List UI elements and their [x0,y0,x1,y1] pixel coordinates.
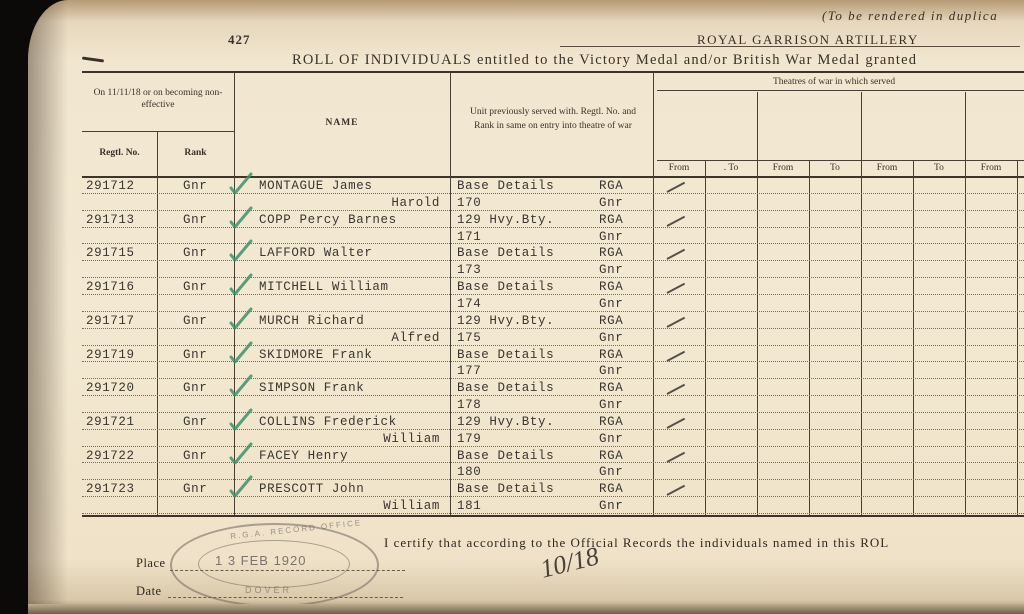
green-check-icon [228,340,250,364]
unit-description: 129 Hvy.Bty. [457,314,554,328]
unit-number: 177 [457,364,481,378]
dotted-rule [82,446,1024,447]
green-check-icon [228,373,250,397]
unit-description: Base Details [457,381,554,395]
unit-corps: RGA [599,314,623,328]
dotted-rule [82,513,1024,514]
dotted-rule [82,412,1024,413]
green-check-icon [228,407,250,431]
unit-number: 173 [457,263,481,277]
rank: Gnr [183,449,207,463]
dotted-rule [82,311,1024,312]
unit-number: 170 [457,196,481,210]
dotted-rule [82,260,1024,261]
duplicate-note: (To be rendered in duplica [822,8,998,24]
header-bottom-rule [82,176,1024,178]
dotted-rule [82,378,1024,379]
unit-rank: Gnr [599,465,623,479]
unit-number: 181 [457,499,481,513]
corps-underline [560,46,1020,47]
name-line1: PRESCOTT John [259,482,364,496]
rank: Gnr [183,280,207,294]
unit-corps: RGA [599,246,623,260]
theatre-subcol-to: . To [705,163,757,175]
dotted-rule [82,328,1024,329]
unit-corps: RGA [599,280,623,294]
dotted-rule [82,294,1024,295]
header-status-group: On 11/11/18 or on becoming non-effective [82,88,234,112]
unit-description: 129 Hvy.Bty. [457,213,554,227]
dotted-rule [82,496,1024,497]
green-check-icon [228,272,250,296]
header-rank: Rank [157,148,234,160]
header-theatres: Theatres of war in which served [653,77,1024,89]
theatre-subcol-from: From [653,163,705,175]
name-line1: SIMPSON Frank [259,381,364,395]
theatre-subcol-from: From [965,163,1017,175]
theatre-column-rule [757,92,758,515]
unit-number: 180 [457,465,481,479]
page-bottom-edge [28,604,1024,614]
unit-rank: Gnr [599,432,623,446]
name-line2: William [383,432,440,446]
green-check-icon [228,306,250,330]
unit-rank: Gnr [599,196,623,210]
certification-text: I certify that according to the Official… [384,535,889,551]
theatre-subcol-from: From [757,163,809,175]
unit-rank: Gnr [599,364,623,378]
regtl-number: 291713 [86,213,135,227]
name-line1: LAFFORD Walter [259,246,372,260]
dotted-rule [82,345,1024,346]
unit-corps: RGA [599,381,623,395]
header-name: NAME [234,118,450,130]
unit-corps: RGA [599,415,623,429]
dotted-rule [82,395,1024,396]
dotted-rule [82,210,1024,211]
green-check-icon [228,205,250,229]
regtl-number: 291715 [86,246,135,260]
rank: Gnr [183,314,207,328]
name-line1: MURCH Richard [259,314,364,328]
regtl-number: 291721 [86,415,135,429]
unit-description: Base Details [457,348,554,362]
rank: Gnr [183,213,207,227]
dotted-rule [82,243,1024,244]
regtl-number: 291716 [86,280,135,294]
unit-corps: RGA [599,449,623,463]
unit-description: Base Details [457,482,554,496]
dotted-rule [82,227,1024,228]
status-group-divider [82,131,234,132]
place-label: Place [136,556,166,571]
name-line1: MONTAGUE James [259,179,372,193]
unit-rank: Gnr [599,398,623,412]
unit-number: 179 [457,432,481,446]
green-check-icon [228,171,250,195]
regtl-number: 291722 [86,449,135,463]
dotted-rule [82,193,1024,194]
name-line1: COLLINS Frederick [259,415,397,429]
unit-number: 174 [457,297,481,311]
roll-title: ROLL OF INDIVIDUALS entitled to the Vict… [292,52,917,69]
regtl-number: 291720 [86,381,135,395]
regtl-number: 291717 [86,314,135,328]
rank: Gnr [183,348,207,362]
unit-rank: Gnr [599,230,623,244]
green-check-icon [228,474,250,498]
stamp-text-bottom: DOVER [245,585,292,595]
theatre-column-rule [861,92,862,515]
unit-number: 178 [457,398,481,412]
regtl-number: 291723 [86,482,135,496]
unit-description: Base Details [457,280,554,294]
sheet-number: 427 [228,32,251,48]
unit-corps: RGA [599,348,623,362]
theatre-subcol-to: To [913,163,965,175]
rank: Gnr [183,381,207,395]
stamp-date: 1 3 FEB 1920 [215,553,307,568]
from-to-divider [657,160,1024,161]
theatre-subcol-to: To [809,163,861,175]
unit-description: Base Details [457,179,554,193]
unit-corps: RGA [599,179,623,193]
unit-description: Base Details [457,449,554,463]
rank: Gnr [183,246,207,260]
name-line2: Alfred [391,331,440,345]
rank: Gnr [183,179,207,193]
name-line1: MITCHELL William [259,280,389,294]
header-top-rule [82,71,1024,73]
name-line2: William [383,499,440,513]
dotted-rule [82,277,1024,278]
regtl-number: 291719 [86,348,135,362]
rank: Gnr [183,482,207,496]
header-regtl-no: Regtl. No. [82,148,157,160]
theatres-divider [657,90,1024,91]
theatre-subcol-from: From [861,163,913,175]
header-unit-previous: Unit previously served with. Regtl. No. … [462,106,644,134]
unit-rank: Gnr [599,331,623,345]
regtl-number: 291712 [86,179,135,193]
name-line1: FACEY Henry [259,449,348,463]
green-check-icon [228,238,250,262]
unit-number: 171 [457,230,481,244]
unit-corps: RGA [599,213,623,227]
unit-rank: Gnr [599,263,623,277]
unit-corps: RGA [599,482,623,496]
unit-description: 129 Hvy.Bty. [457,415,554,429]
dotted-rule [82,479,1024,480]
column-rule [157,131,158,515]
unit-rank: Gnr [599,499,623,513]
unit-number: 175 [457,331,481,345]
name-line1: COPP Percy Barnes [259,213,397,227]
unit-rank: Gnr [599,297,623,311]
rank: Gnr [183,415,207,429]
dotted-rule [82,429,1024,430]
table-bottom-rule [82,515,1024,517]
theatre-column-rule [965,92,966,515]
date-label: Date [136,584,162,599]
unit-description: Base Details [457,246,554,260]
name-line2: Harold [391,196,440,210]
name-line1: SKIDMORE Frank [259,348,372,362]
green-check-icon [228,441,250,465]
